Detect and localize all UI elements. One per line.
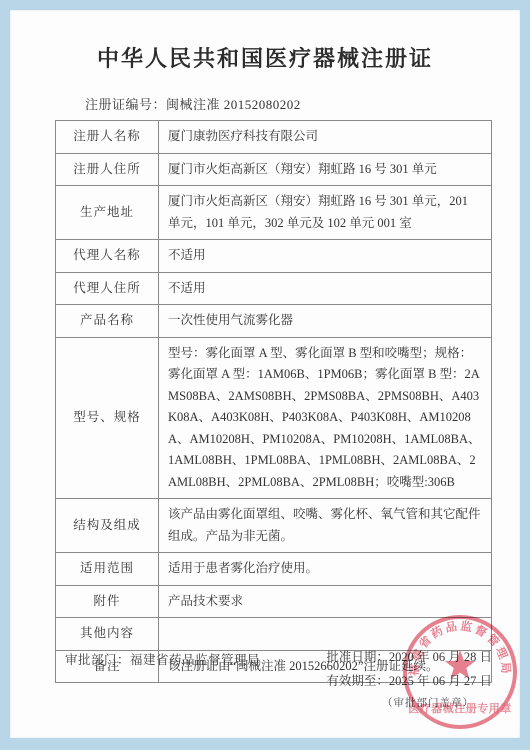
row-label: 注册人名称 [56,121,159,154]
row-value: 产品技术要求 [159,585,492,618]
valid-until-line: 有效期至：2025 年 06 月 27 日 [326,670,492,694]
row-value: 适用于患者雾化治疗使用。 [159,553,492,586]
row-value: 不适用 [159,240,492,273]
row-value: 型号：雾化面罩 A 型、雾化面罩 B 型和咬嘴型；规格：雾化面罩 A 型：1AM… [159,337,492,499]
table-row: 型号、规格 型号：雾化面罩 A 型、雾化面罩 B 型和咬嘴型；规格：雾化面罩 A… [56,337,492,499]
row-value: 该产品由雾化面罩组、咬嘴、雾化杯、氧气管和其它配件组成。产品为非无菌。 [159,499,492,553]
row-label: 代理人名称 [56,240,159,273]
approval-department-label: 审批部门： [65,653,130,667]
table-row: 附件 产品技术要求 [56,585,492,618]
table-row: 生产地址 厦门市火炬高新区（翔安）翔虹路 16 号 301 单元，201 单元，… [56,186,492,240]
row-value: 一次性使用气流雾化器 [159,305,492,338]
row-label: 代理人住所 [56,272,159,305]
row-value: 厦门康勃医疗科技有限公司 [159,121,492,154]
valid-until-value: 2025 年 06 月 27 日 [389,674,492,688]
valid-until-label: 有效期至： [326,674,389,688]
row-label: 适用范围 [56,553,159,586]
approval-date-value: 2020 年 06 月 28 日 [389,650,492,664]
table-row: 注册人名称 厦门康勃医疗科技有限公司 [56,121,492,154]
row-label: 其他内容 [56,618,159,651]
row-value: 厦门市火炬高新区（翔安）翔虹路 16 号 301 单元 [159,153,492,186]
row-label: 附件 [56,585,159,618]
registration-number-label: 注册证编号： [85,97,166,112]
table-row: 适用范围 适用于患者雾化治疗使用。 [56,553,492,586]
certificate-table: 注册人名称 厦门康勃医疗科技有限公司 注册人住所 厦门市火炬高新区（翔安）翔虹路… [55,120,492,683]
approval-date-line: 批准日期：2020 年 06 月 28 日 [326,646,492,670]
approval-dates-block: 批准日期：2020 年 06 月 28 日 有效期至：2025 年 06 月 2… [326,646,492,713]
certificate-page: 中华人民共和国医疗器械注册证 注册证编号：闽械注准 20152080202 注册… [10,10,520,738]
row-label: 生产地址 [56,186,159,240]
row-label: 型号、规格 [56,337,159,499]
table-row: 注册人住所 厦门市火炬高新区（翔安）翔虹路 16 号 301 单元 [56,153,492,186]
table-row: 代理人名称 不适用 [56,240,492,273]
row-value: 不适用 [159,272,492,305]
seal-note: （审批部门盖章） [326,694,492,714]
row-label: 产品名称 [56,305,159,338]
approval-department-value: 福建省药品监督管理局 [130,653,260,667]
approval-date-label: 批准日期： [326,650,389,664]
registration-number-value: 闽械注准 20152080202 [166,97,301,112]
table-row: 结构及组成 该产品由雾化面罩组、咬嘴、雾化杯、氧气管和其它配件组成。产品为非无菌… [56,499,492,553]
certificate-title: 中华人民共和国医疗器械注册证 [10,42,520,73]
table-row: 产品名称 一次性使用气流雾化器 [56,305,492,338]
approval-department-line: 审批部门：福建省药品监督管理局 [65,650,260,668]
row-value: 厦门市火炬高新区（翔安）翔虹路 16 号 301 单元，201 单元，101 单… [159,186,492,240]
row-label: 注册人住所 [56,153,159,186]
row-label: 结构及组成 [56,499,159,553]
registration-number-line: 注册证编号：闽械注准 20152080202 [85,94,301,113]
table-row: 代理人住所 不适用 [56,272,492,305]
